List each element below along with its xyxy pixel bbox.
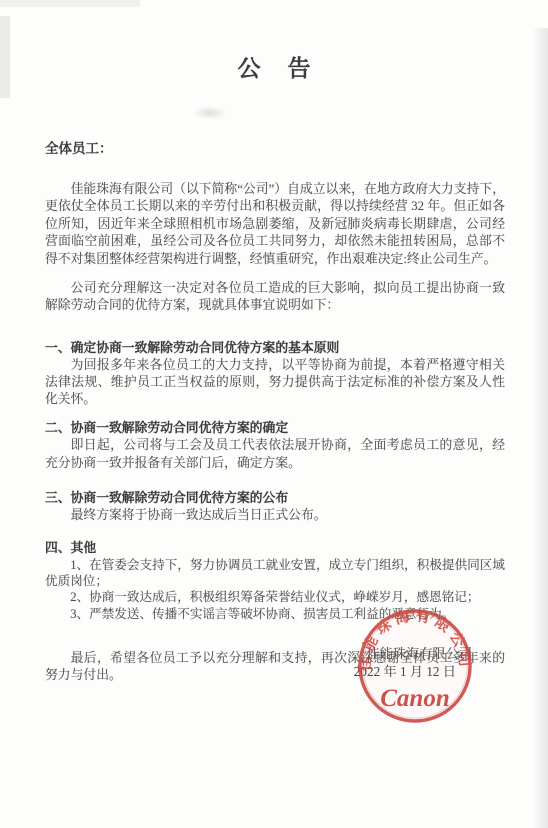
document-title: 公 告 bbox=[45, 50, 505, 83]
intro-paragraph: 佳能珠海有限公司（以下简称“公司”）自成立以来，在地方政府大力支持下，更依仗全体… bbox=[45, 181, 505, 268]
section-4-item-1: 1、在管委会支持下，努力协调员工就业安置，成立专门组织，积极提供同区域优质岗位； bbox=[45, 557, 505, 589]
section-2-body: 即日起，公司将与工会及员工代表依法展开协商，全面考虑员工的意见，经充分协商一致并… bbox=[45, 437, 505, 471]
canon-logo: Canon bbox=[380, 685, 449, 712]
document-body: 公 告 全体员工： 佳能珠海有限公司（以下简称“公司”）自成立以来，在地方政府大… bbox=[0, 0, 548, 685]
section-1-body: 为回报多年来各位员工的大力支持，以平等协商为前提，本着严格遵守相关法律法规、维护… bbox=[45, 357, 505, 409]
section-4-item-2: 2、协商一致达成后，积极组织筹备荣誉结业仪式，峥嵘岁月，感恩铭记； bbox=[45, 589, 505, 605]
company-seal-stamp: 佳能珠海有限公司 Canon bbox=[356, 607, 474, 725]
announcement-document: 公 告 全体员工： 佳能珠海有限公司（以下简称“公司”）自成立以来，在地方政府大… bbox=[0, 0, 548, 828]
section-4-heading: 四、其他 bbox=[45, 540, 505, 557]
section-3-body: 最终方案将于协商一致达成后当日正式公布。 bbox=[45, 507, 505, 524]
section-2-heading: 二、协商一致解除劳动合同优待方案的确定 bbox=[45, 420, 505, 437]
section-3-heading: 三、协商一致解除劳动合同优待方案的公布 bbox=[45, 490, 505, 507]
decision-paragraph: 公司充分理解这一决定对各位员工造成的巨大影响，拟向员工提出协商一致解除劳动合同的… bbox=[45, 280, 505, 315]
salutation: 全体员工： bbox=[45, 137, 505, 157]
section-1-heading: 一、确定协商一致解除劳动合同优待方案的基本原则 bbox=[45, 340, 505, 357]
